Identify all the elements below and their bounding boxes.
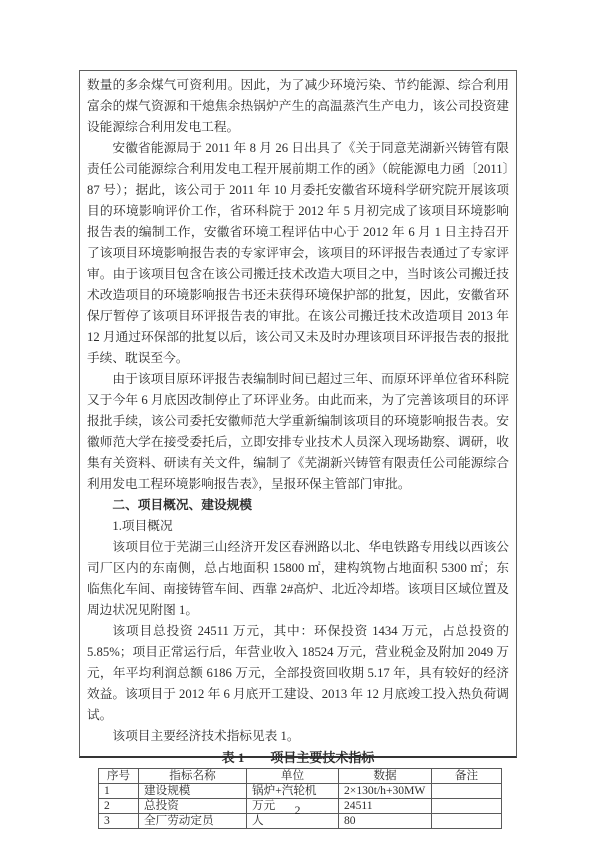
document-frame: 数量的多余煤气可资利用。因此，为了减少环境污染、节约能源、综合利用富余的煤气资源… — [79, 70, 517, 758]
table-row: 1 建设规模 锅炉+汽轮机 2×130t/h+30MW — [99, 784, 502, 799]
page-number: 2 — [0, 803, 595, 818]
subsection-heading: 1.项目概况 — [87, 516, 509, 537]
table-caption: 表 1项目主要技术指标 — [87, 750, 509, 766]
table-cell: 锅炉+汽轮机 — [247, 784, 339, 799]
table-header-row: 序号 指标名称 单位 数据 备注 — [99, 769, 502, 784]
table-caption-title: 项目主要技术指标 — [270, 750, 374, 765]
header-cell-index: 序号 — [99, 769, 139, 784]
table-cell: 2×130t/h+30MW — [339, 784, 432, 799]
table-cell: 建设规模 — [139, 784, 247, 799]
paragraph-continuation: 数量的多余煤气可资利用。因此，为了减少环境污染、节约能源、综合利用富余的煤气资源… — [87, 75, 509, 138]
paragraph-project-location: 该项目位于芜湖三山经济开发区春洲路以北、华电铁路专用线以西该公司厂区内的东南侧，… — [87, 537, 509, 621]
header-cell-unit: 单位 — [247, 769, 339, 784]
header-cell-remarks: 备注 — [432, 769, 502, 784]
header-cell-indicator-name: 指标名称 — [139, 769, 247, 784]
table-caption-label: 表 1 — [222, 750, 245, 765]
header-cell-data: 数据 — [339, 769, 432, 784]
table-cell: 1 — [99, 784, 139, 799]
document-body: 数量的多余煤气可资利用。因此，为了减少环境污染、节约能源、综合利用富余的煤气资源… — [87, 75, 509, 747]
table-cell — [432, 784, 502, 799]
paragraph-investment: 该项目总投资 24511 万元，其中：环保投资 1434 万元，占总投资的 5.… — [87, 621, 509, 726]
document-page: 数量的多余煤气可资利用。因此，为了减少环境污染、节约能源、综合利用富余的煤气资源… — [0, 0, 595, 841]
paragraph-table-reference: 该项目主要经济技术指标见表 1。 — [87, 726, 509, 747]
paragraph-reassessment: 由于该项目原环评报告表编制时间已超过三年、而原环评单位省环科院又于今年 6 月底… — [87, 369, 509, 495]
main-technical-indicators-table: 序号 指标名称 单位 数据 备注 1 建设规模 锅炉+汽轮机 2×130t/h+… — [98, 768, 502, 829]
section-heading: 二、项目概况、建设规模 — [87, 495, 509, 516]
paragraph-approval-history: 安徽省能源局于 2011 年 8 月 26 日出具了《关于同意芜湖新兴铸管有限责… — [87, 138, 509, 369]
